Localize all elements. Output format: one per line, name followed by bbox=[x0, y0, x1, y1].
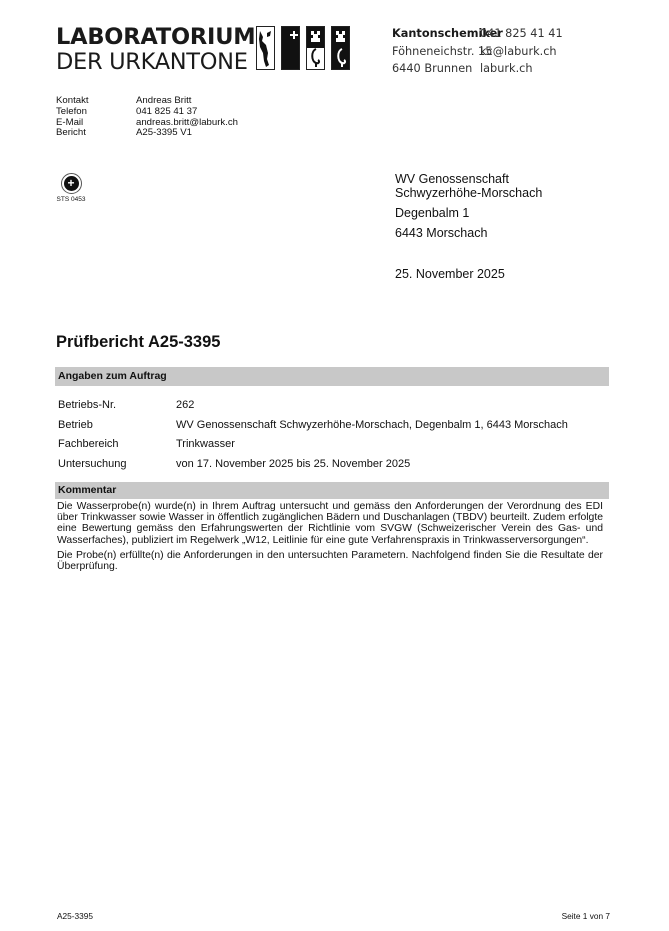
contact-row: Telefon 041 825 41 37 bbox=[56, 107, 238, 118]
sts-accreditation: + STS 0453 bbox=[56, 173, 86, 203]
contact-label: Bericht bbox=[56, 128, 136, 139]
info-label: Fachbereich bbox=[58, 435, 176, 455]
order-section-heading: Angaben zum Auftrag bbox=[55, 367, 609, 386]
info-row: Betrieb WV Genossenschaft Schwyzerhöhe-M… bbox=[58, 416, 568, 436]
info-row: Fachbereich Trinkwasser bbox=[58, 435, 568, 455]
contact-row: Bericht A25-3395 V1 bbox=[56, 128, 238, 139]
info-value: Trinkwasser bbox=[176, 435, 235, 455]
org-contact: 041 825 41 41 kc@laburk.ch laburk.ch bbox=[480, 25, 563, 78]
info-label: Untersuchung bbox=[58, 455, 176, 475]
recipient-name-2: Schwyzerhöhe-Morschach bbox=[395, 186, 542, 200]
comment-section-heading: Kommentar bbox=[55, 482, 609, 499]
comment-paragraph: Die Wasserprobe(n) wurde(n) in Ihrem Auf… bbox=[57, 501, 603, 546]
comment-body: Die Wasserprobe(n) wurde(n) in Ihrem Auf… bbox=[57, 501, 603, 576]
obwalden-crest-icon bbox=[306, 26, 325, 70]
uri-crest-icon bbox=[256, 26, 275, 70]
recipient-name-1: WV Genossenschaft bbox=[395, 172, 542, 186]
schwyz-crest-icon bbox=[281, 26, 300, 70]
nidwalden-crest-icon bbox=[331, 26, 350, 70]
footer-page-number: Seite 1 von 7 bbox=[562, 911, 610, 921]
report-date: 25. November 2025 bbox=[395, 267, 505, 281]
sts-label: STS 0453 bbox=[56, 196, 86, 203]
info-row: Untersuchung von 17. November 2025 bis 2… bbox=[58, 455, 568, 475]
recipient-address: WV Genossenschaft Schwyzerhöhe-Morschach… bbox=[395, 172, 542, 240]
comment-paragraph: Die Probe(n) erfüllte(n) die Anforderung… bbox=[57, 550, 603, 572]
org-website[interactable]: laburk.ch bbox=[480, 60, 563, 78]
order-info-table: Betriebs-Nr. 262 Betrieb WV Genossenscha… bbox=[58, 396, 568, 474]
sts-accreditation-icon: + bbox=[61, 173, 82, 194]
info-value: WV Genossenschaft Schwyzerhöhe-Morschach… bbox=[176, 416, 568, 436]
info-value: von 17. November 2025 bis 25. November 2… bbox=[176, 455, 410, 475]
info-label: Betriebs-Nr. bbox=[58, 396, 176, 416]
page-title: Prüfbericht A25-3395 bbox=[56, 333, 220, 352]
contact-label: Telefon bbox=[56, 107, 136, 118]
org-phone: 041 825 41 41 bbox=[480, 25, 563, 43]
canton-crests bbox=[256, 26, 350, 70]
info-value: 262 bbox=[176, 396, 194, 416]
info-label: Betrieb bbox=[58, 416, 176, 436]
contact-value: 041 825 41 37 bbox=[136, 107, 197, 118]
recipient-street: Degenbalm 1 bbox=[395, 206, 542, 220]
recipient-city: 6443 Morschach bbox=[395, 226, 542, 240]
contact-block: Kontakt Andreas Britt Telefon 041 825 41… bbox=[56, 96, 238, 139]
logo-line-2: DER URKANTONE bbox=[56, 51, 255, 74]
info-row: Betriebs-Nr. 262 bbox=[58, 396, 568, 416]
logo-line-1: LABORATORIUM bbox=[56, 26, 255, 49]
lab-logo: LABORATORIUM DER URKANTONE bbox=[56, 26, 255, 73]
org-email[interactable]: kc@laburk.ch bbox=[480, 43, 563, 61]
contact-value: A25-3395 V1 bbox=[136, 128, 192, 139]
footer-report-id: A25-3395 bbox=[57, 911, 93, 921]
